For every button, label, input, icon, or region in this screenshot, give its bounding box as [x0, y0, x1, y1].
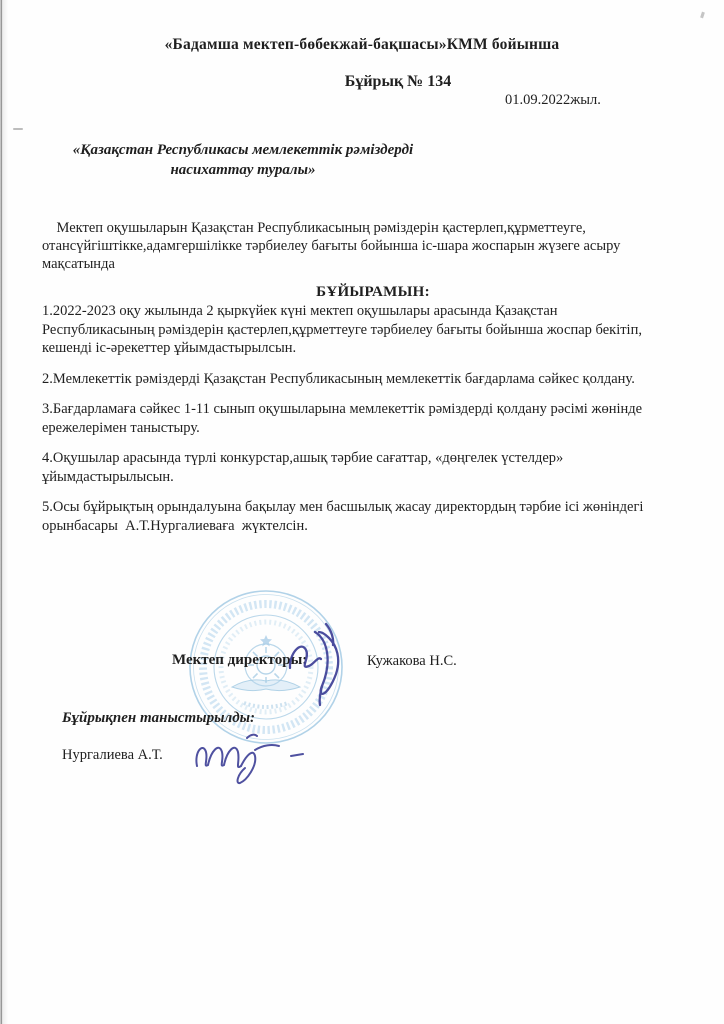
acknowledgement-signature — [185, 726, 330, 788]
acknowledgement-label: Бұйрықпен таныстырылды: — [62, 710, 255, 727]
acknowledged-by-name: Нургалиева А.Т. — [62, 747, 163, 764]
order-date: 01.09.2022жыл. — [505, 92, 601, 109]
preamble-paragraph: Мектеп оқушыларын Қазақстан Республикасы… — [42, 219, 704, 273]
order-item-2: 2.Мемлекеттік рәміздерді Қазақстан Респу… — [42, 370, 706, 389]
scan-speck — [700, 12, 705, 19]
resolve-heading: БҰЙЫРАМЫН: — [42, 284, 704, 301]
scanned-order-document: «Бадамша мектеп-бөбекжай-бақшасы»КММ бой… — [0, 0, 724, 1024]
order-number-line: Бұйрық № 134 — [0, 73, 724, 91]
scan-margin-mark — [13, 128, 23, 130]
order-subject: «Қазақстан Республикасы мемлекеттік рәмі… — [57, 140, 429, 180]
order-subject-line2: насихаттау туралы» — [57, 160, 429, 180]
organization-title: «Бадамша мектеп-бөбекжай-бақшасы»КММ бой… — [0, 36, 724, 54]
director-signature-icon — [282, 612, 382, 710]
order-subject-line1: «Қазақстан Республикасы мемлекеттік рәмі… — [57, 140, 429, 160]
order-item-1: 1.2022-2023 оқу жылында 2 қыркүйек күні … — [42, 302, 706, 358]
order-item-4: 4.Оқушылар арасында түрлі конкурстар,ашы… — [42, 449, 706, 486]
scan-edge-line — [1, 0, 2, 1024]
order-item-3: 3.Бағдарламаға сәйкес 1-11 сынып оқушыла… — [42, 400, 706, 437]
order-item-5: 5.Осы бұйрықтың орындалуына бақылау мен … — [42, 498, 706, 535]
acknowledgement-signature-icon — [185, 726, 330, 788]
order-items-list: 1.2022-2023 оқу жылында 2 қыркүйек күні … — [42, 302, 706, 547]
director-signature — [282, 612, 382, 710]
